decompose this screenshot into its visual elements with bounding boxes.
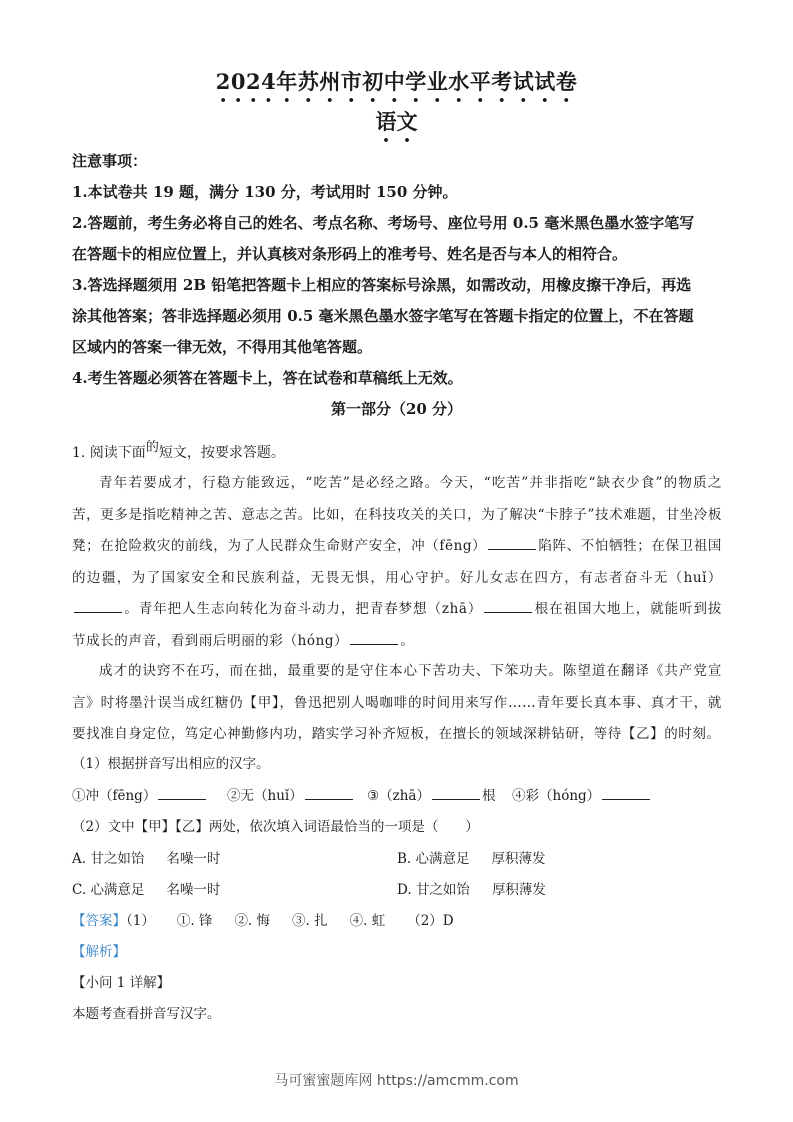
notice-line: 在答题卡的相应位置上，并认真核对条形码上的准考号、姓名是否与本人的相符合。	[72, 239, 732, 270]
answer-item: ④. 虹	[350, 913, 386, 929]
option-word: 名噪一时	[166, 882, 220, 898]
option-word: 厚积薄发	[492, 882, 546, 898]
pinyin-item: ③（zhā）根	[367, 784, 512, 804]
passage-text: 。青年把人生志向转化为奋斗动力，把青春梦想（zhā）	[124, 601, 482, 617]
subquestion-1-prompt: （1）根据拼音写出相应的汉字。	[72, 752, 732, 772]
notice-heading: 注意事项：	[72, 146, 732, 177]
answer-line: 【答案】（1）①. 锋②. 悔③. 扎④. 虹（2）D	[72, 909, 454, 929]
option-label: D.	[397, 882, 412, 898]
section-title: 第一部分（20 分）	[0, 398, 793, 419]
pinyin-item: ④彩（hóng）	[512, 784, 652, 804]
pinyin-label: ②无（huǐ）	[227, 788, 303, 804]
watermark-footer: 马可蜜蜜题库网 https://amcmm.com	[0, 1070, 793, 1090]
passage-paragraph-2: 成才的诀窍不在巧，而在拙，最重要的是守住本心下苦功夫、下笨功夫。陈望道在翻译《共…	[72, 656, 722, 751]
exam-subject: 语文	[0, 106, 793, 147]
analysis-label: 【解析】	[72, 940, 126, 960]
detail-body: 本题考查看拼音写汉字。	[72, 1002, 221, 1022]
notice-line: 区域内的答案一律无效，不得用其他笔答题。	[72, 332, 732, 363]
option-word: 甘之如饴	[416, 882, 470, 898]
fill-blank	[432, 785, 480, 800]
exam-page: 2024年苏州市初中学业水平考试试卷 语文 注意事项： 1.本试卷共 19 题，…	[0, 0, 793, 1122]
notice-block: 注意事项： 1.本试卷共 19 题，满分 130 分，考试用时 150 分钟。 …	[72, 146, 732, 394]
pinyin-label: ③（zhā）	[367, 788, 430, 804]
subquestion-1-items: ①冲（fēng） ②无（huǐ） ③（zhā）根 ④彩（hóng）	[72, 784, 732, 804]
option-label: A.	[72, 851, 86, 867]
option-word: 厚积薄发	[492, 851, 546, 867]
fill-blank	[305, 785, 353, 800]
subquestion-2-prompt: （2）文中【甲】【乙】两处，依次填入词语最恰当的一项是（ ）	[72, 815, 732, 835]
option-word: 心满意足	[416, 851, 470, 867]
title-text: 年苏州市初中学业水平考试试卷	[276, 69, 577, 94]
fill-blank	[158, 785, 206, 800]
option-d: D. 甘之如饴厚积薄发	[397, 878, 546, 898]
intro-text: 1. 阅读下面	[72, 445, 146, 461]
fill-blank	[74, 598, 122, 613]
answer-item: ①. 锋	[177, 913, 213, 929]
option-a: A. 甘之如饴名噪一时	[72, 847, 220, 867]
option-word: 心满意足	[90, 882, 144, 898]
intro-superscript: 的	[146, 440, 159, 455]
exam-title: 2024年苏州市初中学业水平考试试卷	[0, 66, 793, 107]
option-label: B.	[397, 851, 411, 867]
subject-text: 语文	[376, 109, 418, 134]
option-label: C.	[72, 882, 86, 898]
option-word: 甘之如饴	[90, 851, 144, 867]
answer-part-1: （1）	[126, 913, 155, 929]
fill-blank	[488, 535, 536, 550]
notice-line: 2.答题前，考生务必将自己的姓名、考点名称、考场号、座位号用 0.5 毫米黑色墨…	[72, 208, 732, 239]
question-intro: 1. 阅读下面的短文，按要求答题。	[72, 436, 285, 462]
answer-item: ③. 扎	[292, 913, 328, 929]
notice-line: 4.考生答题必须答在答题卡上，答在试卷和草稿纸上无效。	[72, 363, 732, 394]
passage-paragraph-1: 青年若要成才，行稳方能致远，“吃苦”是必经之路。今天，“吃苦”并非指吃“缺衣少食…	[72, 468, 722, 657]
option-word: 名噪一时	[166, 851, 220, 867]
pinyin-item: ①冲（fēng）	[72, 784, 227, 804]
pinyin-label: ①冲（fēng）	[72, 788, 156, 804]
fill-blank	[484, 598, 532, 613]
answer-part-2: （2）D	[407, 913, 453, 929]
answer-item: ②. 悔	[234, 913, 270, 929]
fill-blank	[350, 630, 398, 645]
pinyin-label: ④彩（hóng）	[512, 788, 600, 804]
passage-text: 。	[400, 633, 414, 649]
intro-text: 短文，按要求答题。	[159, 445, 285, 461]
passage-text: 成才的诀窍不在巧，而在拙，最重要的是守住本心下苦功夫、下笨功夫。陈望道在翻译《共…	[72, 656, 722, 751]
notice-line: 3.答选择题须用 2B 铅笔把答题卡上相应的答案标号涂黑，如需改动，用橡皮擦干净…	[72, 270, 732, 301]
notice-line: 1.本试卷共 19 题，满分 130 分，考试用时 150 分钟。	[72, 177, 732, 208]
option-b: B. 心满意足厚积薄发	[397, 847, 546, 867]
notice-line: 涂其他答案；答非选择题必须用 0.5 毫米黑色墨水签字笔写在答题卡指定的位置上，…	[72, 301, 732, 332]
pinyin-item: ②无（huǐ）	[227, 784, 367, 804]
answer-label: 【答案】	[72, 913, 126, 929]
option-c: C. 心满意足名噪一时	[72, 878, 220, 898]
detail-heading: 【小问 1 详解】	[72, 971, 170, 991]
title-year: 2024	[216, 69, 276, 94]
pinyin-suffix: 根	[482, 788, 496, 804]
fill-blank	[602, 785, 650, 800]
